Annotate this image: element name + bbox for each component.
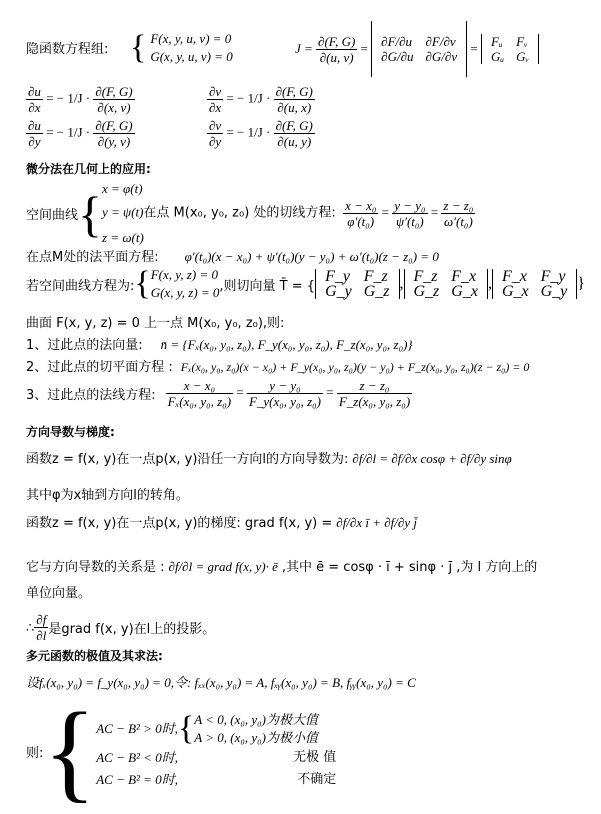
extrema-cases: 则: { AC − B² > 0时, { A < 0, (x₀, y₀)为极大值…	[26, 696, 336, 806]
jacobian-determinant-partials: ∂F/∂u∂F/∂v ∂G/∂u∂G/∂v	[371, 21, 467, 77]
left-brace-icon: {	[134, 267, 150, 301]
extrema-setup-line: 设fₓ(x₀, y₀) = f_y(x₀, y₀) = 0,令: fₓₓ(x₀,…	[26, 672, 416, 691]
curve2-tangent-vector: 若空间曲线方程为: { F(x, y, z) = 0 G(x, y, z) = …	[26, 266, 585, 302]
normal-plane-line: 在点M处的法平面方程: φ′(t₀)(x − x₀) + ψ′(t₀)(y − …	[26, 246, 439, 266]
gradient-relation-line: 它与方向导数的关系是 : ∂f/∂l = grad f(x, y)· ē ,其中…	[26, 556, 537, 576]
partial-dv-dy: ∂v∂y = − 1/J · ∂(F, G)∂(u, y)	[207, 118, 315, 149]
angle-note: 其中φ为x轴到方向l的转角。	[26, 484, 189, 503]
partial-du-dx: ∂u∂x = − 1/J · ∂(F, G)∂(x, v)	[26, 84, 135, 115]
tangent-det-3: F_xF_y G_xG_y	[492, 269, 577, 299]
jacobian-frac: ∂(F, G) ∂(u, v)	[316, 34, 357, 65]
normal-line-equation: 3、过此点的法线方程: x − x₀Fₓ(x₀, y₀, z₀) = y − y…	[26, 378, 412, 409]
jacobian-determinant-short: FᵤFᵥ GᵤGᵥ	[481, 34, 539, 64]
partial-dv-dx: ∂v∂x = − 1/J · ∂(F, G)∂(u, x)	[207, 84, 315, 115]
tangent-plane-line: 2、过此点的切平面方程 : Fₓ(x₀, y₀, z₀)(x − x₀) + F…	[26, 356, 529, 376]
geometry-title: 微分法在几何上的应用:	[26, 160, 151, 177]
tangent-det-1: F_yF_z G_yG_z	[315, 269, 399, 299]
directional-derivative-line: 函数z = f(x, y)在一点p(x, y)沿任一方向l的方向导数为: ∂f/…	[26, 448, 512, 468]
partial-du-dy: ∂u∂y = − 1/J · ∂(F, G)∂(y, v)	[26, 118, 135, 149]
case-negative: AC − B² < 0时, 无极 值	[96, 749, 336, 771]
system-eq-1: F(x, y, u, v) = 0	[150, 30, 232, 48]
implicit-title: 隐函数方程组:	[26, 38, 108, 57]
projection-line: ∴ ∂f∂l 是grad f(x, y)在l上的投影。	[26, 612, 215, 643]
space-curve-tangent: 空间曲线 { x = φ(t) y = ψ(t)在点 M(x₀, y₀, z₀)…	[26, 180, 475, 247]
jacobian-lhs: J =	[295, 41, 313, 57]
implicit-system: { F(x, y, u, v) = 0 G(x, y, u, v) = 0	[130, 30, 233, 66]
gradient-title: 方向导数与梯度:	[26, 423, 115, 440]
system-eq-2: G(x, y, u, v) = 0	[150, 48, 232, 66]
left-brace-icon: {	[78, 189, 102, 239]
left-brace-icon: {	[130, 31, 146, 65]
tangent-det-2: F_zF_x G_zG_x	[404, 269, 488, 299]
jacobian-definition: J = ∂(F, G) ∂(u, v) = ∂F/∂u∂F/∂v ∂G/∂u∂G…	[295, 20, 539, 78]
extrema-title: 多元函数的极值及其求法:	[26, 647, 163, 664]
gradient-definition-line: 函数z = f(x, y)在一点p(x, y)的梯度: grad f(x, y)…	[26, 512, 417, 532]
surface-point-line: 曲面 F(x, y, z) = 0 上一点 M(x₀, y₀, z₀),则:	[26, 312, 284, 331]
normal-vector-line: 1、过此点的法向量: n̄ = {Fₓ(x₀, y₀, z₀), F_y(x₀,…	[26, 334, 413, 354]
left-brace-icon: {	[43, 696, 96, 806]
case-zero: AC − B² = 0时, 不确定	[96, 771, 336, 793]
unit-vector-note: 单位向量。	[26, 582, 91, 601]
case-positive: AC − B² > 0时, { A < 0, (x₀, y₀)为极大值 A > …	[96, 709, 336, 749]
left-brace-icon: {	[178, 712, 194, 746]
